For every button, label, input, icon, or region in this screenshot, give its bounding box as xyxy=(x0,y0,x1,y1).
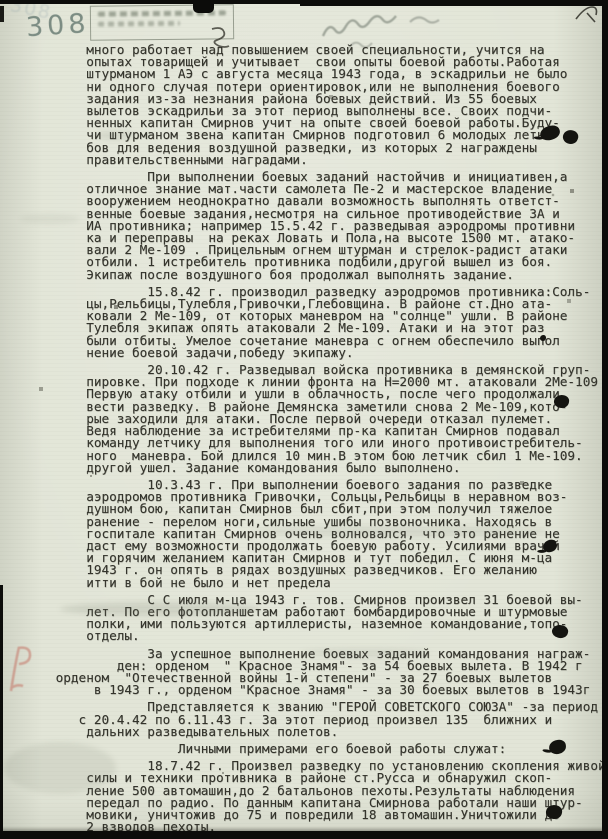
paragraph: 18.7.42 г. Произвел разведку по установл… xyxy=(48,760,604,833)
ink-speck xyxy=(540,335,546,341)
scan-edge-top xyxy=(300,0,608,6)
bleed-smudge xyxy=(60,602,260,616)
bleed-smudge xyxy=(95,131,137,140)
bleed-smudge xyxy=(300,648,430,658)
paragraph: 15.8.42 г. производил разведку аэродромо… xyxy=(48,286,604,359)
paragraph: При выполнении боевых заданий настойчив … xyxy=(48,171,604,281)
page-number-pencil: 308 xyxy=(25,8,91,43)
scan-edge-right xyxy=(602,0,608,839)
bleed-smudge xyxy=(250,526,550,537)
scan-edge-notch xyxy=(193,0,214,13)
scan-edge-smudge xyxy=(0,6,4,22)
scan-edge-left xyxy=(0,585,3,839)
pen-hook-mark xyxy=(573,3,601,27)
paragraph: много работает над повышением своей спец… xyxy=(48,44,604,166)
paragraph: С С июля м-ца 1943 г. тов. Смирнов произ… xyxy=(48,594,604,643)
bleed-smudge xyxy=(20,214,80,224)
typed-text-body: много работает над повышением своей спец… xyxy=(48,44,604,833)
bleed-smudge xyxy=(4,742,116,794)
award-document-scan: 308 308 много работает над повышением св… xyxy=(0,0,608,839)
red-pencil-mark xyxy=(4,642,40,698)
paragraph: 20.10.42 г. Разведывал войска противника… xyxy=(48,364,604,474)
scan-edge-bottom xyxy=(0,831,608,839)
paragraph: Представляется к званию "ГЕРОЙ СОВЕТСКОГ… xyxy=(48,701,604,738)
stamp-faded-text-row xyxy=(98,21,180,27)
paragraph: Личными примерами его боевой работы служ… xyxy=(48,743,604,755)
